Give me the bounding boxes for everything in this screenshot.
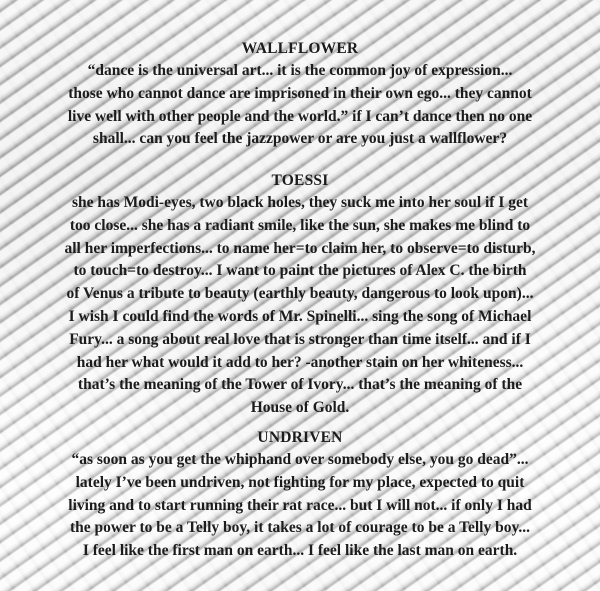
section-wallflower: WALLFLOWER “dance is the universal art..…: [30, 38, 570, 151]
text-line: I wish I could find the words of Mr. Spi…: [30, 306, 570, 329]
text-line: “as soon as you get the whiphand over so…: [30, 449, 570, 472]
section-toessi: TOESSI she has Modi-eyes, two black hole…: [30, 170, 570, 420]
text-line: live well with other people and the worl…: [30, 106, 570, 129]
section-undriven: UNDRIVEN “as soon as you get the whiphan…: [30, 427, 570, 563]
text-line: of Venus a tribute to beauty (earthly be…: [30, 283, 570, 306]
text-line: that’s the meaning of the Tower of Ivory…: [30, 374, 570, 397]
text-line: lately I’ve been undriven, not fighting …: [30, 472, 570, 495]
text-line: all her imperfections... to name her=to …: [30, 238, 570, 261]
section-body: “dance is the universal art... it is the…: [30, 60, 570, 151]
text-line: had her what would it add to her? -anoth…: [30, 352, 570, 375]
booklet-page: WALLFLOWER “dance is the universal art..…: [0, 0, 600, 591]
text-line: she has Modi-eyes, two black holes, they…: [30, 192, 570, 215]
text-line: Fury... a song about real love that is s…: [30, 329, 570, 352]
section-title: TOESSI: [30, 170, 570, 192]
text-line: House of Gold.: [30, 397, 570, 420]
text-line: the power to be a Telly boy, it takes a …: [30, 517, 570, 540]
text-line: to touch=to destroy... I want to paint t…: [30, 260, 570, 283]
text-line: shall... can you feel the jazzpower or a…: [30, 128, 570, 151]
text-line: I feel like the first man on earth... I …: [30, 540, 570, 563]
text-line: living and to start running their rat ra…: [30, 495, 570, 518]
section-body: “as soon as you get the whiphand over so…: [30, 449, 570, 563]
section-title: WALLFLOWER: [30, 38, 570, 60]
text-line: those who cannot dance are imprisoned in…: [30, 83, 570, 106]
text-line: too close... she has a radiant smile, li…: [30, 215, 570, 238]
section-title: UNDRIVEN: [30, 427, 570, 449]
section-body: she has Modi-eyes, two black holes, they…: [30, 192, 570, 420]
text-line: “dance is the universal art... it is the…: [30, 60, 570, 83]
